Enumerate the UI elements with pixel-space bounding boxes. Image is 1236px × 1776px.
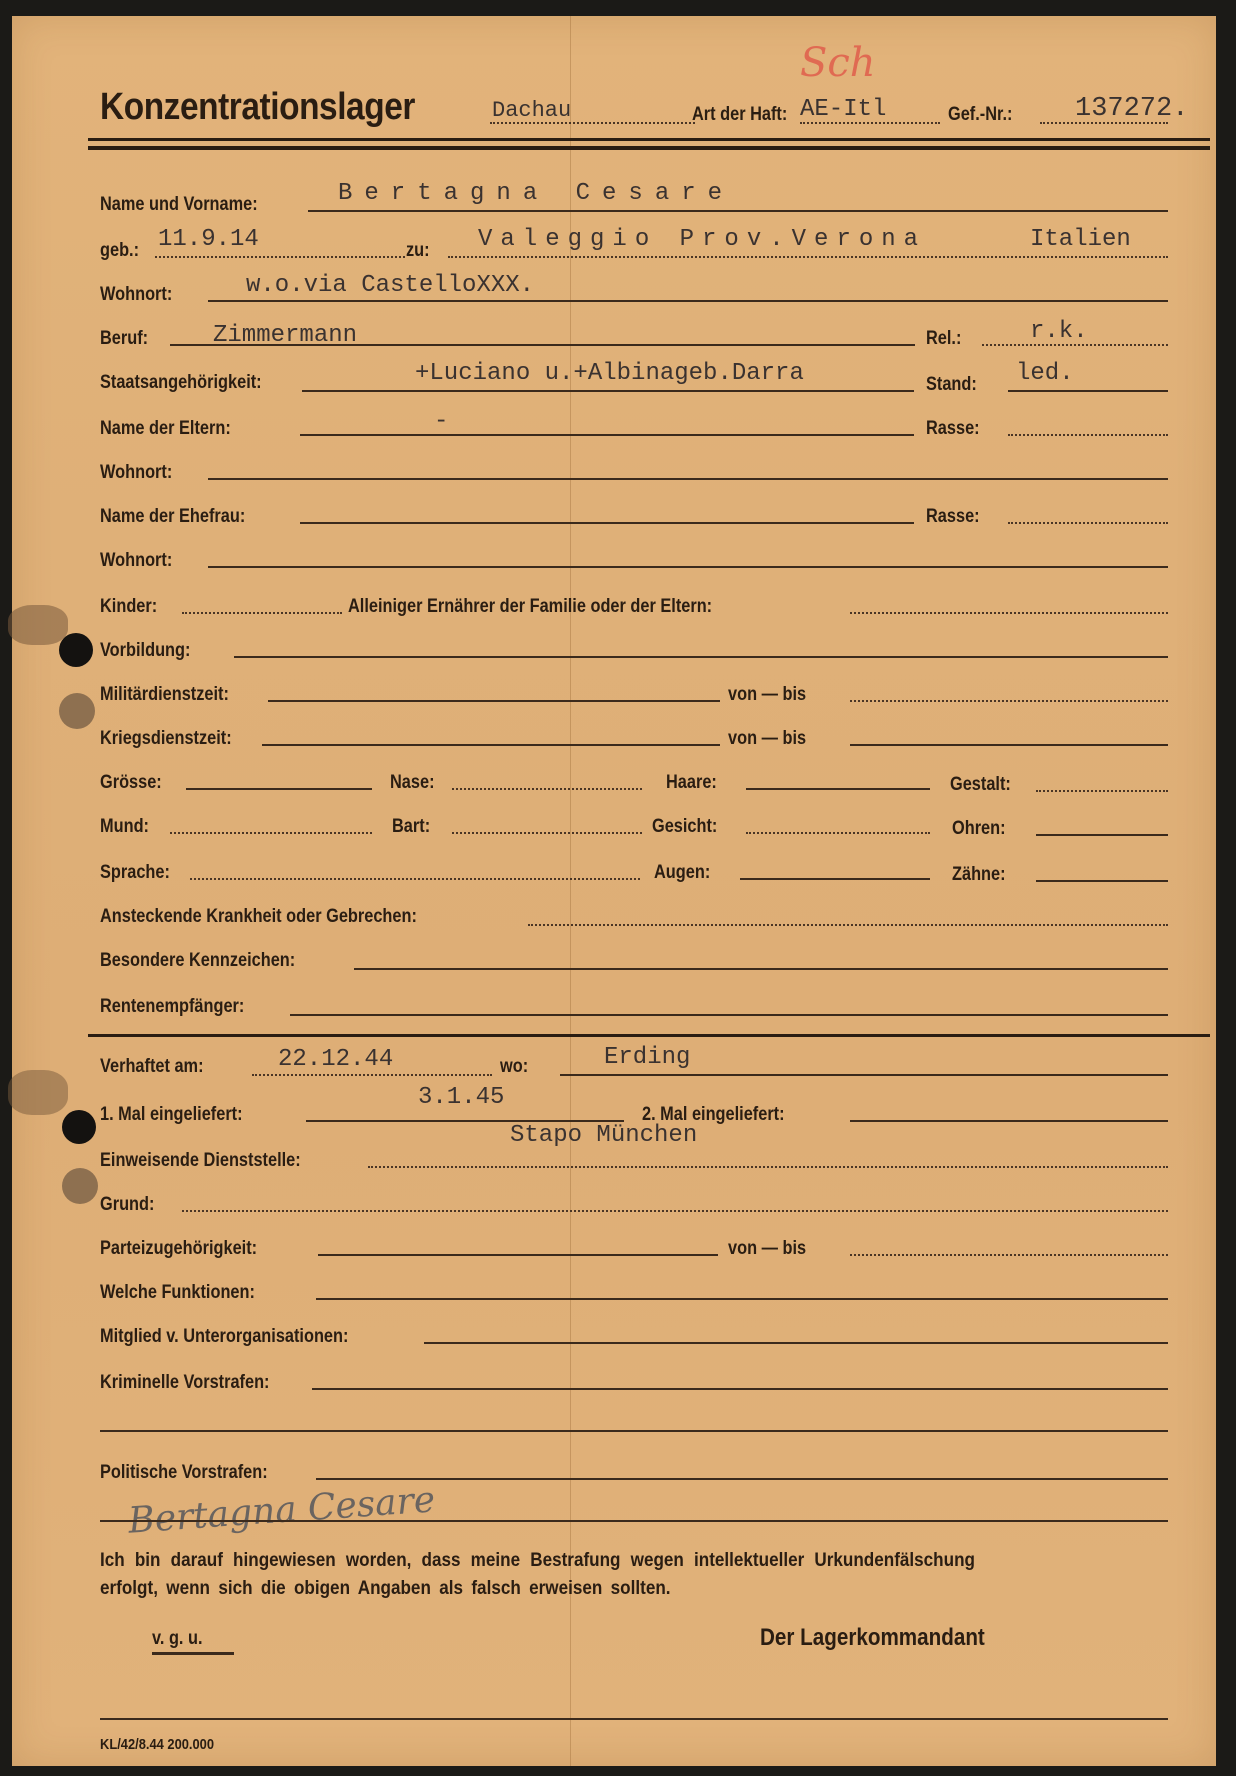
footer-line xyxy=(100,1718,1168,1720)
ehefrau-label: Name der Ehefrau: xyxy=(100,506,245,528)
rasse2-label: Rasse: xyxy=(926,506,980,528)
camp-name: Dachau xyxy=(492,98,571,123)
verhaftet-value: 22.12.44 xyxy=(278,1046,393,1073)
von-bis-2: von — bis xyxy=(728,728,806,750)
krieg-bis-line xyxy=(850,744,1168,746)
rente-line xyxy=(290,1014,1168,1016)
stain xyxy=(8,1070,68,1115)
bart-label: Bart: xyxy=(392,816,430,838)
stand-label: Stand: xyxy=(926,374,977,396)
camp-line xyxy=(490,122,695,124)
wohnort-label: Wohnort: xyxy=(100,284,172,306)
von-bis-1: von — bis xyxy=(728,684,806,706)
partei-line xyxy=(318,1254,718,1256)
staat-line xyxy=(302,390,914,392)
ernaehrer-line xyxy=(850,612,1168,614)
section-rule xyxy=(88,1034,1210,1037)
augen-label: Augen: xyxy=(654,862,710,884)
art-der-haft-value: AE-Itl xyxy=(800,96,886,123)
header-rule-2 xyxy=(88,146,1210,150)
verhaftet-line xyxy=(252,1074,492,1076)
beruf-label: Beruf: xyxy=(100,328,148,350)
vorbildung-line xyxy=(234,656,1168,658)
wohnort3-label: Wohnort: xyxy=(100,550,172,572)
nase-label: Nase: xyxy=(390,772,435,794)
zaehne-line xyxy=(1036,880,1168,882)
mal2-line xyxy=(850,1120,1168,1122)
augen-line xyxy=(740,878,930,880)
ernaehrer-label: Alleiniger Ernährer der Familie oder der… xyxy=(348,596,712,618)
name-value: Bertagna Cesare xyxy=(338,180,734,207)
dienststelle-value: Stapo München xyxy=(510,1122,697,1149)
militaer-label: Militärdienstzeit: xyxy=(100,684,229,706)
haare-label: Haare: xyxy=(666,772,717,794)
geb-line xyxy=(155,256,405,258)
art-der-haft-label: Art der Haft: xyxy=(692,104,787,126)
zu-value: Valeggio Prov.Verona xyxy=(478,226,926,253)
punch-hole-patch xyxy=(62,1168,98,1204)
stand-line xyxy=(1008,390,1168,392)
wohnort2-line xyxy=(208,478,1168,480)
krieg-label: Kriegsdienstzeit: xyxy=(100,728,232,750)
staat-value: +Luciano u.+Albinageb.Darra xyxy=(415,360,804,387)
fold-crease xyxy=(570,16,571,1766)
ohren-line xyxy=(1036,834,1168,836)
militaer-bis-line xyxy=(850,700,1168,702)
groesse-line xyxy=(186,788,372,790)
rasse2-line xyxy=(1008,522,1168,524)
geb-label: geb.: xyxy=(100,240,139,262)
wo-value: Erding xyxy=(604,1044,690,1071)
wo-line xyxy=(560,1074,1168,1076)
rasse-line xyxy=(1008,434,1168,436)
punch-hole xyxy=(62,1110,96,1144)
rel-value: r.k. xyxy=(1030,318,1088,345)
kommandant-label: Der Lagerkommandant xyxy=(760,1624,985,1652)
politisch-line xyxy=(316,1478,1168,1480)
punch-hole xyxy=(59,633,93,667)
kriminell-label: Kriminelle Vorstrafen: xyxy=(100,1372,270,1394)
funktionen-line xyxy=(316,1298,1168,1300)
grund-label: Grund: xyxy=(100,1194,154,1216)
art-der-haft-line xyxy=(800,122,940,124)
punch-hole-patch xyxy=(59,693,95,729)
staat-label: Staatsangehörigkeit: xyxy=(100,372,262,394)
sprache-label: Sprache: xyxy=(100,862,170,884)
stain xyxy=(8,605,68,645)
politisch-label: Politische Vorstrafen: xyxy=(100,1462,268,1484)
gestalt-label: Gestalt: xyxy=(950,774,1011,796)
haare-line xyxy=(746,788,930,790)
ehefrau-line xyxy=(300,522,914,524)
krankheit-line xyxy=(528,924,1168,926)
sprache-line xyxy=(190,878,640,880)
mund-line xyxy=(170,832,372,834)
form-title: Konzentrationslager xyxy=(100,86,415,129)
partei-bis-line xyxy=(850,1254,1168,1256)
rasse-label: Rasse: xyxy=(926,418,980,440)
mitglied-line xyxy=(424,1342,1168,1344)
nase-line xyxy=(452,788,642,790)
dienststelle-line xyxy=(368,1166,1168,1168)
kriminell-line-2 xyxy=(100,1430,1168,1432)
kennzeichen-label: Besondere Kennzeichen: xyxy=(100,950,295,972)
funktionen-label: Welche Funktionen: xyxy=(100,1282,255,1304)
wohnort-line xyxy=(208,300,1168,302)
wohnort3-line xyxy=(208,566,1168,568)
beruf-line xyxy=(170,344,915,346)
stand-value: led. xyxy=(1016,360,1074,387)
form-code: KL/42/8.44 200.000 xyxy=(100,1736,214,1753)
signature-line xyxy=(100,1520,1168,1522)
eltern-value: - xyxy=(434,408,448,435)
bart-line xyxy=(452,832,642,834)
wo-label: wo: xyxy=(500,1056,528,1078)
zu-label: zu: xyxy=(406,240,430,262)
von-bis-3: von — bis xyxy=(728,1238,806,1260)
krieg-line xyxy=(262,744,720,746)
kennzeichen-line xyxy=(354,968,1168,970)
dienststelle-label: Einweisende Dienststelle: xyxy=(100,1150,301,1172)
eltern-label: Name der Eltern: xyxy=(100,418,231,440)
militaer-line xyxy=(268,700,720,702)
vgu-underline xyxy=(152,1652,234,1655)
eltern-line xyxy=(300,434,914,436)
zu-line xyxy=(448,256,1168,258)
rel-line xyxy=(982,344,1168,346)
red-annotation: Sch xyxy=(800,40,876,86)
mal1-label: 1. Mal eingeliefert: xyxy=(100,1104,243,1126)
gesicht-label: Gesicht: xyxy=(652,816,717,838)
wohnort2-label: Wohnort: xyxy=(100,462,172,484)
wohnort-value: w.o.via CastelloXXX. xyxy=(246,272,534,299)
verhaftet-label: Verhaftet am: xyxy=(100,1056,204,1078)
krankheit-label: Ansteckende Krankheit oder Gebrechen: xyxy=(100,906,417,928)
name-line xyxy=(308,210,1168,212)
gef-nr-line xyxy=(1040,122,1168,124)
declaration-line-2: erfolgt, wenn sich die obigen Angaben al… xyxy=(100,1578,671,1600)
grund-line xyxy=(182,1210,1168,1212)
vgu-label: v. g. u. xyxy=(152,1628,203,1650)
declaration-line-1: Ich bin darauf hingewiesen worden, dass … xyxy=(100,1550,975,1572)
mitglied-label: Mitglied v. Unterorganisationen: xyxy=(100,1326,348,1348)
name-label: Name und Vorname: xyxy=(100,194,258,216)
geb-value: 11.9.14 xyxy=(158,226,259,253)
mal1-value: 3.1.45 xyxy=(418,1084,504,1111)
kinder-line xyxy=(182,612,342,614)
gestalt-line xyxy=(1036,790,1168,792)
rente-label: Rentenempfänger: xyxy=(100,996,244,1018)
kinder-label: Kinder: xyxy=(100,596,157,618)
gesicht-line xyxy=(746,832,930,834)
kriminell-line xyxy=(312,1388,1168,1390)
mund-label: Mund: xyxy=(100,816,149,838)
partei-label: Parteizugehörigkeit: xyxy=(100,1238,257,1260)
groesse-label: Grösse: xyxy=(100,772,162,794)
ohren-label: Ohren: xyxy=(952,818,1006,840)
gef-nr-value: 137272. xyxy=(1075,94,1188,124)
header-rule-1 xyxy=(88,138,1210,141)
vorbildung-label: Vorbildung: xyxy=(100,640,190,662)
zaehne-label: Zähne: xyxy=(952,864,1006,886)
gef-nr-label: Gef.-Nr.: xyxy=(948,104,1012,126)
rel-label: Rel.: xyxy=(926,328,961,350)
country-value: Italien xyxy=(1030,226,1131,253)
